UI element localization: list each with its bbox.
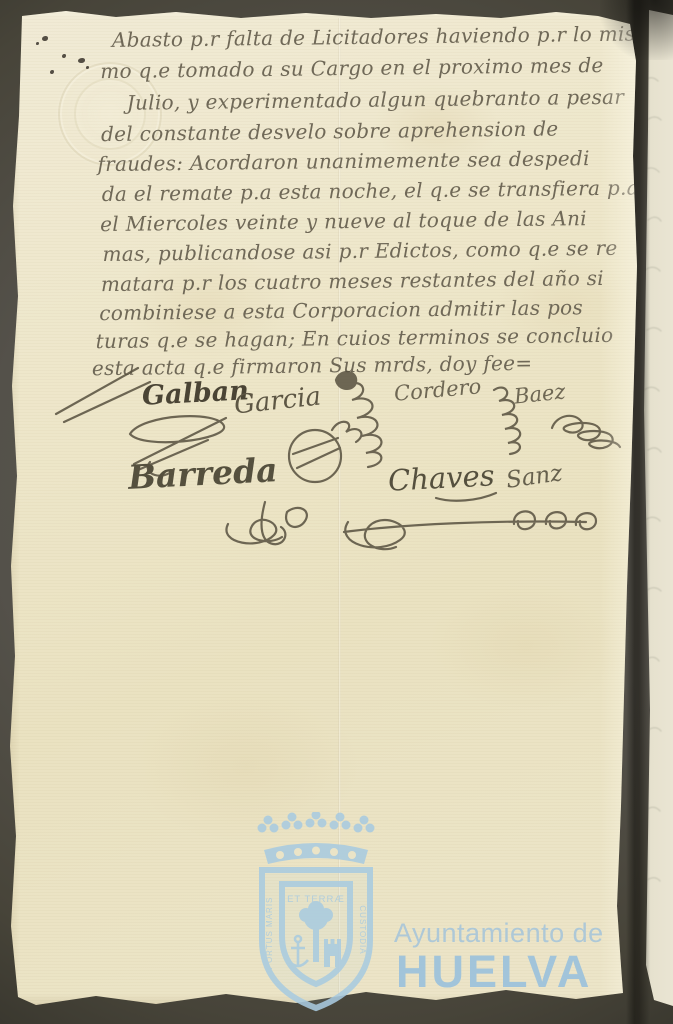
manuscript-line: Abasto p.r falta de Licitadores haviendo…: [112, 22, 636, 52]
photo-corner-shadow: [600, 0, 673, 60]
manuscript-line: el Miercoles veinte y nueve al toque de …: [100, 206, 587, 236]
manuscript-line: matara p.r los cuatro meses restantes de…: [101, 266, 604, 296]
signature-flourishes: [46, 352, 630, 557]
barreda-rubric: [226, 502, 306, 544]
manuscript-line: mas, publicandose asi p.r Edictos, como …: [102, 236, 617, 266]
baez-rubric-coil: [552, 416, 620, 448]
huelva-coat-of-arms: ET TERRÆ PORTUS MARIS CUSTODIA: [252, 812, 380, 1014]
manuscript-line: combiniese a esta Corporacion admitir la…: [99, 295, 583, 325]
chaves-underline: [436, 493, 496, 501]
manuscript-line: del constante desvelo sobre aprehension …: [101, 116, 559, 146]
watermark-city-name: HUELVA: [396, 946, 592, 998]
shield-motto-left: PORTUS MARIS: [265, 897, 274, 970]
manuscript-line: da el remate p.a esta noche, el q.e se t…: [102, 176, 639, 207]
manuscript-line: turas q.e se hagan; En cuios terminos se…: [95, 323, 613, 353]
watermark-org-name: Ayuntamiento de: [394, 918, 604, 949]
manuscript-line: mo q.e tomado a su Cargo en el proximo m…: [100, 53, 604, 83]
crown-icon: [258, 812, 375, 864]
galban-rubric: [130, 416, 226, 476]
garcia-rubric-coil: [346, 383, 381, 467]
tower-icon: [324, 939, 341, 967]
manuscript-line: Julio, y experimentado algun quebranto a…: [127, 85, 625, 115]
rubric-circle-emblem: [289, 430, 341, 482]
shield-motto-right: CUSTODIA: [358, 905, 367, 954]
chaves-flourish: [344, 511, 596, 549]
rubric-circle-strokes: [293, 422, 361, 468]
cordero-rubric-coil: [494, 388, 520, 454]
garcia-rubric-blob: [336, 372, 356, 389]
manuscript-line: fraudes: Acordaron unanimemente sea desp…: [97, 146, 590, 176]
scanned-document-photo: Abasto p.r falta de Licitadores haviendo…: [0, 0, 673, 1024]
